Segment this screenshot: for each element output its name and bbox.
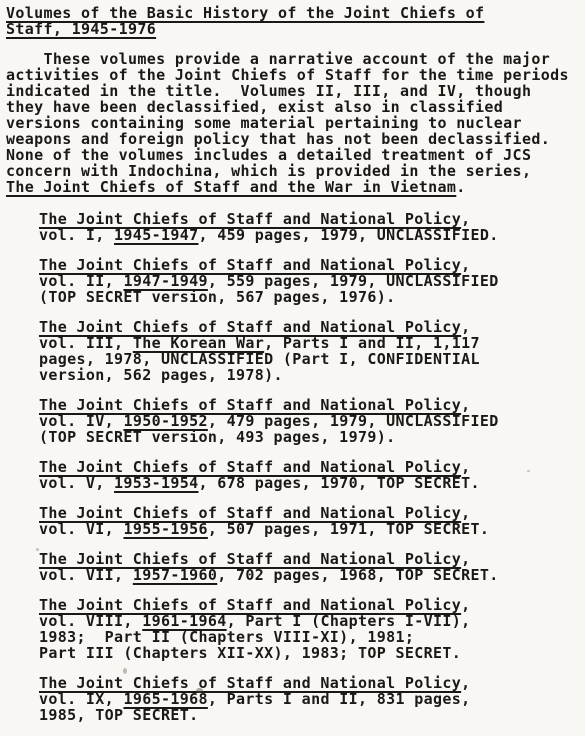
text-segment: (TOP SECRET version, 567 pages, 1976). (39, 288, 395, 306)
underlined-text-segment: The Joint Chiefs of Staff and the War in… (6, 178, 456, 196)
text-line: vol. IX, 1965-1968, Parts I and II, 831 … (39, 691, 585, 707)
text-line: activities of the Joint Chiefs of Staff … (6, 67, 585, 83)
text-line: vol. VIII, 1961-1964, Part I (Chapters I… (39, 613, 585, 629)
text-line: indicated in the title. Volumes II, III,… (6, 83, 585, 99)
text-segment: , 507 pages, 1971, TOP SECRET. (208, 520, 489, 538)
volume-entry: The Joint Chiefs of Staff and National P… (39, 257, 585, 305)
underlined-text-segment: 1957-1960 (133, 566, 217, 584)
text-segment: . (456, 178, 465, 196)
text-line: The Joint Chiefs of Staff and National P… (39, 397, 585, 413)
text-segment: vol. VII, (39, 566, 133, 584)
text-segment: , Parts I and II, 831 pages, (208, 690, 471, 708)
text-line: versions containing some material pertai… (6, 115, 585, 131)
scan-artifact (527, 470, 530, 472)
text-line: The Joint Chiefs of Staff and National P… (39, 319, 585, 335)
intro-paragraph: These volumes provide a narrative accoun… (6, 51, 585, 195)
text-segment: vol. V, (39, 474, 114, 492)
volume-entry: The Joint Chiefs of Staff and National P… (39, 551, 585, 583)
underlined-text-segment: 1955-1956 (123, 520, 207, 538)
text-line: The Joint Chiefs of Staff and National P… (39, 211, 585, 227)
document-title-line-1: Volumes of the Basic History of the Join… (6, 5, 585, 21)
volume-entry: The Joint Chiefs of Staff and National P… (39, 675, 585, 723)
text-line: These volumes provide a narrative accoun… (6, 51, 585, 67)
scan-artifact (123, 668, 127, 674)
text-line: they have been declassified, exist also … (6, 99, 585, 115)
text-line: The Joint Chiefs of Staff and National P… (39, 551, 585, 567)
text-segment: , 678 pages, 1970, TOP SECRET. (198, 474, 479, 492)
text-line: vol. VI, 1955-1956, 507 pages, 1971, TOP… (39, 521, 585, 537)
text-line: The Joint Chiefs of Staff and National P… (39, 505, 585, 521)
volume-entry: The Joint Chiefs of Staff and National P… (39, 397, 585, 445)
scanned-document-page: Volumes of the Basic History of the Join… (0, 0, 585, 736)
text-line: vol. III, The Korean War, Parts I and II… (39, 335, 585, 351)
text-line: version, 562 pages, 1978). (39, 367, 585, 383)
text-line: vol. II, 1947-1949, 559 pages, 1979, UNC… (39, 273, 585, 289)
text-line: vol. I, 1945-1947, 459 pages, 1979, UNCL… (39, 227, 585, 243)
text-line: None of the volumes includes a detailed … (6, 147, 585, 163)
text-line: 1985, TOP SECRET. (39, 707, 585, 723)
text-line: 1983; Part II (Chapters VIII-XI), 1981; (39, 629, 585, 645)
scan-artifact (196, 688, 203, 693)
text-line: vol. V, 1953-1954, 678 pages, 1970, TOP … (39, 475, 585, 491)
text-line: The Joint Chiefs of Staff and National P… (39, 257, 585, 273)
text-line: Part III (Chapters XII-XX), 1983; TOP SE… (39, 645, 585, 661)
volume-entry: The Joint Chiefs of Staff and National P… (39, 459, 585, 491)
text-segment: vol. VI, (39, 520, 123, 538)
text-segment: vol. I, (39, 226, 114, 244)
text-line: weapons and foreign policy that has not … (6, 131, 585, 147)
volume-entry: The Joint Chiefs of Staff and National P… (39, 505, 585, 537)
text-segment: (TOP SECRET version, 493 pages, 1979). (39, 428, 395, 446)
text-segment: 1985, TOP SECRET. (39, 706, 198, 724)
text-line: The Joint Chiefs of Staff and National P… (39, 597, 585, 613)
text-segment: , 702 pages, 1968, TOP SECRET. (217, 566, 498, 584)
underlined-text-segment: 1945-1947 (114, 226, 198, 244)
text-line: The Joint Chiefs of Staff and National P… (39, 675, 585, 691)
text-line: (TOP SECRET version, 567 pages, 1976). (39, 289, 585, 305)
document-title-line-2: Staff, 1945-1976 (6, 21, 585, 37)
text-segment: , 459 pages, 1979, UNCLASSIFIED. (198, 226, 498, 244)
text-segment: Part III (Chapters XII-XX), 1983; TOP SE… (39, 644, 461, 662)
text-line: vol. VII, 1957-1960, 702 pages, 1968, TO… (39, 567, 585, 583)
volume-entry: The Joint Chiefs of Staff and National P… (39, 597, 585, 661)
text-line: The Joint Chiefs of Staff and National P… (39, 459, 585, 475)
text-segment: version, 562 pages, 1978). (39, 366, 283, 384)
underlined-text-segment: 1953-1954 (114, 474, 198, 492)
volume-list: The Joint Chiefs of Staff and National P… (39, 211, 585, 723)
volume-entry: The Joint Chiefs of Staff and National P… (39, 211, 585, 243)
text-line: vol. IV, 1950-1952, 479 pages, 1979, UNC… (39, 413, 585, 429)
volume-entry: The Joint Chiefs of Staff and National P… (39, 319, 585, 383)
text-line: The Joint Chiefs of Staff and the War in… (6, 179, 585, 195)
text-line: (TOP SECRET version, 493 pages, 1979). (39, 429, 585, 445)
scan-artifact (36, 548, 39, 551)
text-line: pages, 1978, UNCLASSIFIED (Part I, CONFI… (39, 351, 585, 367)
text-line: concern with Indochina, which is provide… (6, 163, 585, 179)
document-title: Volumes of the Basic History of the Join… (6, 5, 585, 37)
